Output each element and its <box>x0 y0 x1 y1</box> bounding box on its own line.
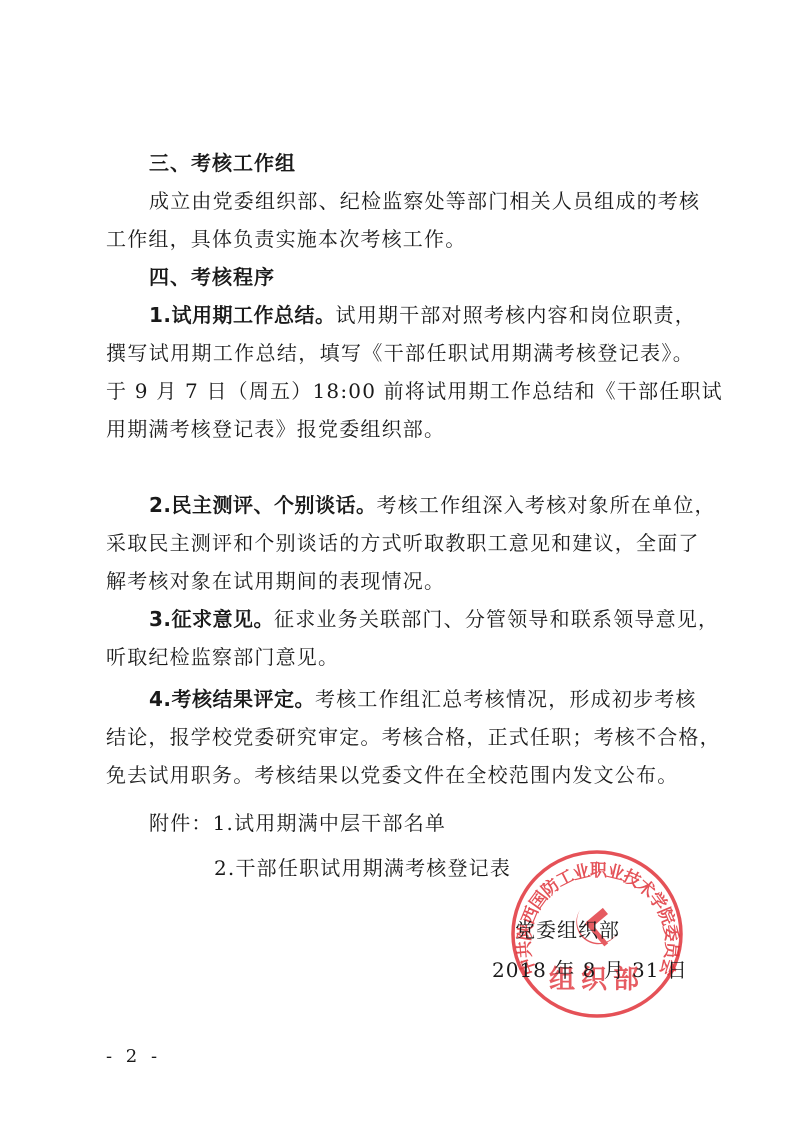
step-4-first-line: 4.考核结果评定。考核工作组汇总考核情况，形成初步考核 <box>149 687 694 711</box>
attachment-item-1: 1.试用期满中层干部名单 <box>213 811 446 835</box>
step-3-title: 3.征求意见。 <box>149 607 274 631</box>
page-number: - 2 - <box>106 1046 161 1067</box>
step-1-title: 1.试用期工作总结。 <box>149 303 336 327</box>
step-2-line-3: 解考核对象在试用期间的表现情况。 <box>106 569 694 593</box>
step-1-line-2: 撰写试用期工作总结，填写《干部任职试用期满考核登记表》。 <box>106 341 694 365</box>
attachments-label: 附件： <box>149 811 213 835</box>
step-2-text: 考核工作组深入考核对象所在单位， <box>377 493 716 517</box>
step-4-text: 考核工作组汇总考核情况，形成初步考核 <box>315 687 697 711</box>
step-2-title: 2.民主测评、个别谈话。 <box>149 493 377 517</box>
attachments-line-1: 附件：1.试用期满中层干部名单 <box>149 811 694 835</box>
signature-org: 党委组织部 <box>515 918 620 942</box>
section-3-heading: 三、考核工作组 <box>149 151 694 175</box>
step-1-text: 试用期干部对照考核内容和岗位职责， <box>336 303 696 327</box>
step-4-line-3: 免去试用职务。考核结果以党委文件在全校范围内发文公布。 <box>106 763 694 787</box>
signature-date: 2018 年 8 月 31 日 <box>492 958 688 982</box>
step-3-line-2: 听取纪检监察部门意见。 <box>106 645 694 669</box>
step-1-line-4: 用期满考核登记表》报党委组织部。 <box>106 417 694 441</box>
step-3-first-line: 3.征求意见。征求业务关联部门、分管领导和联系领导意见， <box>149 607 694 631</box>
document-page: 三、考核工作组 成立由党委组织部、纪检监察处等部门相关人员组成的考核 工作组，具… <box>0 0 793 1122</box>
attachment-item-2: 2.干部任职试用期满考核登记表 <box>214 856 511 880</box>
step-3-text: 征求业务关联部门、分管领导和联系领导意见， <box>274 607 719 631</box>
step-1-line-3: 于 9 月 7 日（周五）18:00 前将试用期工作总结和《干部任职试 <box>106 379 694 403</box>
section-3-paragraph-line-1: 成立由党委组织部、纪检监察处等部门相关人员组成的考核 <box>149 189 694 213</box>
section-3-paragraph-line-2: 工作组，具体负责实施本次考核工作。 <box>106 227 694 251</box>
section-4-heading: 四、考核程序 <box>149 265 694 289</box>
step-4-line-2: 结论，报学校党委研究审定。考核合格，正式任职；考核不合格， <box>106 725 694 749</box>
step-1-first-line: 1.试用期工作总结。试用期干部对照考核内容和岗位职责， <box>149 303 694 327</box>
step-2-line-2: 采取民主测评和个别谈话的方式听取教职工意见和建议，全面了 <box>106 531 694 555</box>
step-2-first-line: 2.民主测评、个别谈话。考核工作组深入考核对象所在单位， <box>149 493 694 517</box>
step-4-title: 4.考核结果评定。 <box>149 687 315 711</box>
